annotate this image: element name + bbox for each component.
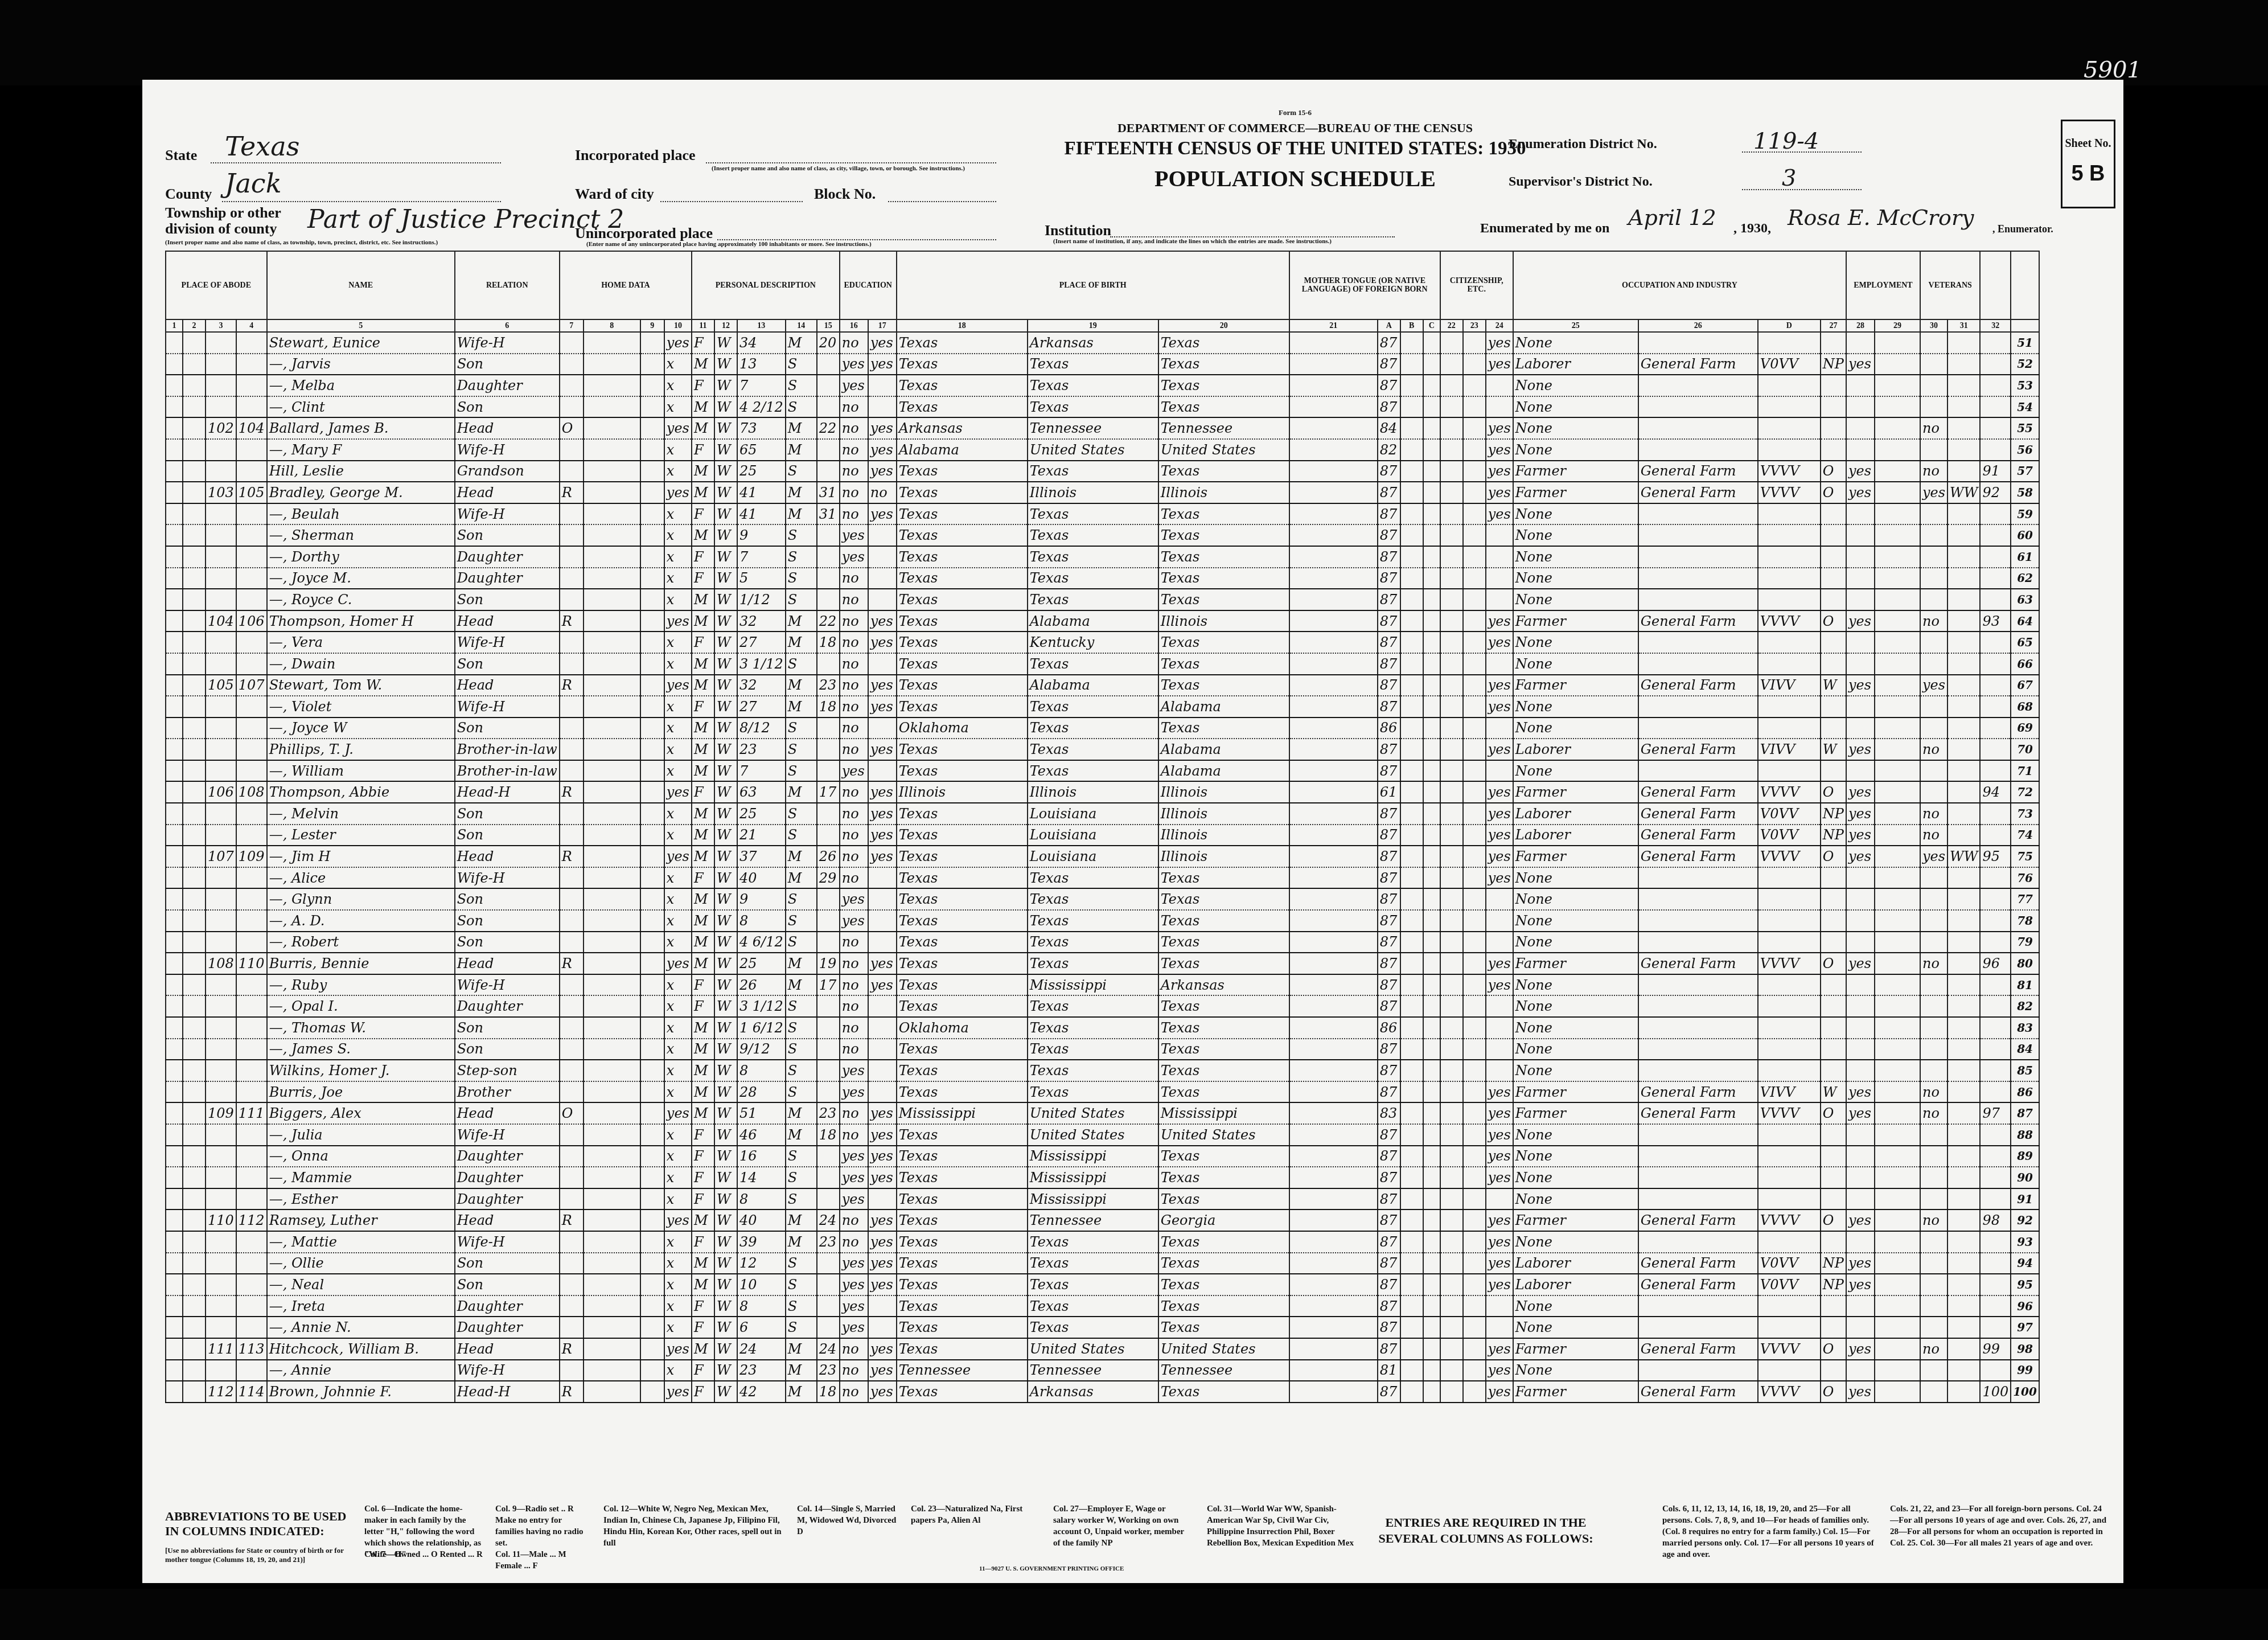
cell-code-a: 87: [1378, 953, 1400, 974]
cell-naturalization: [1463, 1209, 1486, 1231]
cell-code-a: 87: [1378, 1274, 1400, 1295]
cell-marital-status: S: [786, 1146, 817, 1167]
cell-race: W: [714, 589, 737, 610]
cell-class-of-worker: [1821, 1167, 1846, 1188]
cell-naturalization: [1463, 696, 1486, 717]
cell-home-value: [584, 354, 640, 375]
cell-farm-schedule: [1980, 696, 2011, 717]
cell-sex: M: [692, 675, 714, 696]
cell-age-first-marriage: [817, 1253, 840, 1274]
cell-code-c: [1423, 803, 1440, 825]
cell-dwelling-number: [206, 1360, 236, 1381]
cell-radio: [640, 1017, 664, 1039]
column-number-32: 32: [1980, 319, 2011, 332]
cell-read-write: yes: [868, 1360, 897, 1381]
cell-birthplace-father: Texas: [1028, 867, 1158, 889]
cell-read-write: no: [868, 482, 897, 503]
cell-farm-schedule: 95: [1980, 846, 2011, 867]
cell-farm: x: [664, 503, 692, 525]
cell-relation: Son: [455, 1017, 560, 1039]
cell-relation: Head-H: [455, 781, 560, 803]
cell-race: W: [714, 825, 737, 846]
cell-birthplace-father: Arkansas: [1028, 332, 1158, 354]
cell-dwelling-number: [206, 974, 236, 996]
cell-farm: x: [664, 995, 692, 1017]
cell-unemployment-line: [1875, 1102, 1920, 1124]
cell-code-c: [1423, 332, 1440, 354]
cell-farm-schedule: [1980, 632, 2011, 653]
cell-occupation: None: [1513, 653, 1638, 675]
cell-mother-tongue: [1289, 696, 1378, 717]
cell-farm: x: [664, 1317, 692, 1338]
abbrev-col9: Col. 9—Radio set .. R Make no entry for …: [495, 1503, 592, 1549]
cell-read-write: [868, 1039, 897, 1060]
cell-unemployment-line: [1875, 503, 1920, 525]
cell-class-of-worker: NP: [1821, 1253, 1846, 1274]
cell-speaks-english: [1486, 888, 1513, 910]
cell-relation: Step-son: [455, 1060, 560, 1081]
cell-code-a: 87: [1378, 589, 1400, 610]
cell-age: 1 6/12: [737, 1017, 786, 1039]
cell-code-c: [1423, 632, 1440, 653]
cell-name: —, Julia: [267, 1124, 455, 1146]
state-value: Texas: [225, 131, 299, 162]
cell-occupation-code: [1758, 1124, 1821, 1146]
cell-year-immigration: [1440, 1017, 1463, 1039]
cell-code-c: [1423, 995, 1440, 1017]
cell-farm-schedule: [1980, 932, 2011, 953]
cell-speaks-english: yes: [1486, 1167, 1513, 1188]
line-number: 90: [2011, 1167, 2039, 1188]
cell-birthplace-father: Texas: [1028, 396, 1158, 418]
cell-birthplace-mother: Alabama: [1158, 739, 1289, 760]
line-number: 63: [2011, 589, 2039, 610]
cell-naturalization: [1463, 439, 1486, 461]
cell-name: —, Opal I.: [267, 995, 455, 1017]
cell-birthplace-person: Texas: [897, 1209, 1028, 1231]
cell-farm-schedule: [1980, 332, 2011, 354]
cell-occupation: None: [1513, 867, 1638, 889]
cell-sex: F: [692, 1381, 714, 1403]
township-note: (Insert proper name and also name of cla…: [165, 239, 438, 246]
cell-dwelling-number: [206, 1167, 236, 1188]
cell-industry: [1638, 417, 1758, 439]
cell-radio: [640, 1231, 664, 1253]
cell-house-number: [183, 781, 206, 803]
table-row: —, IretaDaughterxFW8SyesTexasTexasTexas8…: [166, 1295, 2039, 1317]
cell-speaks-english: yes: [1486, 1081, 1513, 1103]
group-citizenship: CITIZENSHIP, ETC.: [1440, 251, 1513, 319]
table-row: 111113Hitchcock, William B.HeadRyesMW24M…: [166, 1338, 2039, 1360]
cell-naturalization: [1463, 1253, 1486, 1274]
cell-birthplace-father: Louisiana: [1028, 803, 1158, 825]
cell-war: [1947, 739, 1980, 760]
cell-age-first-marriage: [817, 717, 840, 739]
cell-name: Burris, Joe: [267, 1081, 455, 1103]
cell-attended-school: no: [840, 803, 868, 825]
cell-street: [166, 354, 183, 375]
cell-war: [1947, 717, 1980, 739]
cell-naturalization: [1463, 1338, 1486, 1360]
cell-name: —, Joyce W: [267, 717, 455, 739]
cell-unemployment-line: [1875, 781, 1920, 803]
cell-read-write: [868, 568, 897, 589]
cell-dwelling-number: [206, 653, 236, 675]
cell-mother-tongue: [1289, 1167, 1378, 1188]
cell-attended-school: no: [840, 332, 868, 354]
cell-attended-school: no: [840, 482, 868, 503]
cell-year-immigration: [1440, 867, 1463, 889]
cell-street: [166, 825, 183, 846]
county-label: County: [165, 186, 212, 203]
cell-race: W: [714, 888, 737, 910]
cell-farm-schedule: [1980, 1360, 2011, 1381]
cell-war: [1947, 1146, 1980, 1167]
cell-dwelling-number: 106: [206, 781, 236, 803]
cell-read-write: [868, 1060, 897, 1081]
cell-read-write: [868, 1317, 897, 1338]
cell-industry: [1638, 717, 1758, 739]
cell-house-number: [183, 974, 206, 996]
cell-code-c: [1423, 1274, 1440, 1295]
cell-dwelling-number: [206, 760, 236, 782]
cell-code-b: [1400, 675, 1423, 696]
table-row: —, DorthyDaughterxFW7SyesTexasTexasTexas…: [166, 546, 2039, 568]
cell-veteran: [1920, 1146, 1947, 1167]
cell-at-work: [1846, 888, 1875, 910]
incorporated-label: Incorporated place: [575, 147, 696, 164]
cell-code-c: [1423, 1209, 1440, 1231]
cell-birthplace-mother: Texas: [1158, 503, 1289, 525]
cell-naturalization: [1463, 1039, 1486, 1060]
cell-farm-schedule: 92: [1980, 482, 2011, 503]
cell-class-of-worker: O: [1821, 610, 1846, 632]
cell-home-value: [584, 739, 640, 760]
cell-dwelling-number: 102: [206, 417, 236, 439]
cell-read-write: yes: [868, 354, 897, 375]
cell-farm-schedule: [1980, 974, 2011, 996]
cell-naturalization: [1463, 503, 1486, 525]
cell-farm: yes: [664, 417, 692, 439]
cell-year-immigration: [1440, 1317, 1463, 1338]
cell-birthplace-mother: Texas: [1158, 354, 1289, 375]
cell-age: 6: [737, 1317, 786, 1338]
cell-industry: General Farm: [1638, 610, 1758, 632]
cell-read-write: yes: [868, 503, 897, 525]
ed-value: 119-4: [1753, 128, 1819, 154]
cell-code-b: [1400, 1146, 1423, 1167]
cell-home-owned: [560, 1039, 584, 1060]
cell-birthplace-father: United States: [1028, 1124, 1158, 1146]
cell-age: 23: [737, 739, 786, 760]
cell-race: W: [714, 568, 737, 589]
cell-birthplace-father: Texas: [1028, 1017, 1158, 1039]
cell-class-of-worker: [1821, 867, 1846, 889]
cell-age-first-marriage: [817, 1317, 840, 1338]
cell-occupation: Laborer: [1513, 739, 1638, 760]
printer-mark: 11—9027 U. S. GOVERNMENT PRINTING OFFICE: [979, 1563, 1124, 1575]
cell-code-a: 87: [1378, 867, 1400, 889]
cell-mother-tongue: [1289, 417, 1378, 439]
cell-war: [1947, 1081, 1980, 1103]
cell-age: 3 1/12: [737, 995, 786, 1017]
cell-mother-tongue: [1289, 825, 1378, 846]
cell-home-value: [584, 910, 640, 932]
cell-birthplace-person: Texas: [897, 825, 1028, 846]
cell-birthplace-person: Texas: [897, 696, 1028, 717]
cell-name: —, Mattie: [267, 1231, 455, 1253]
cell-age: 13: [737, 354, 786, 375]
cell-radio: [640, 1188, 664, 1210]
cell-farm: x: [664, 653, 692, 675]
group-mother-tongue: MOTHER TONGUE (OR NATIVE LANGUAGE) OF FO…: [1289, 251, 1440, 319]
cell-home-value: [584, 1060, 640, 1081]
cell-veteran: [1920, 439, 1947, 461]
cell-farm-schedule: [1980, 825, 2011, 846]
line-number: 66: [2011, 653, 2039, 675]
cell-dwelling-number: [206, 932, 236, 953]
cell-birthplace-person: Texas: [897, 1124, 1028, 1146]
cell-birthplace-father: Texas: [1028, 717, 1158, 739]
cell-occupation-code: [1758, 524, 1821, 546]
cell-farm-schedule: [1980, 803, 2011, 825]
cell-speaks-english: [1486, 1317, 1513, 1338]
cell-code-b: [1400, 953, 1423, 974]
cell-race: W: [714, 803, 737, 825]
cell-naturalization: [1463, 995, 1486, 1017]
cell-code-a: 87: [1378, 1295, 1400, 1317]
cell-unemployment-line: [1875, 439, 1920, 461]
ward-label: Ward of city: [575, 186, 654, 203]
cell-name: —, Annie: [267, 1360, 455, 1381]
cell-birthplace-mother: Tennessee: [1158, 1360, 1289, 1381]
cell-code-c: [1423, 1081, 1440, 1103]
cell-at-work: [1846, 589, 1875, 610]
cell-naturalization: [1463, 653, 1486, 675]
cell-read-write: yes: [868, 696, 897, 717]
cell-age: 28: [737, 1081, 786, 1103]
column-number-C: C: [1423, 319, 1440, 332]
cell-war: [1947, 1188, 1980, 1210]
cell-radio: [640, 482, 664, 503]
sheet-label: Sheet No.: [2062, 137, 2114, 150]
line-number: 82: [2011, 995, 2039, 1017]
cell-attended-school: yes: [840, 1317, 868, 1338]
cell-speaks-english: yes: [1486, 482, 1513, 503]
cell-war: [1947, 1295, 1980, 1317]
cell-occupation-code: [1758, 717, 1821, 739]
cell-street: [166, 1274, 183, 1295]
cell-age-first-marriage: [817, 354, 840, 375]
cell-code-c: [1423, 1231, 1440, 1253]
cell-home-value: [584, 546, 640, 568]
cell-industry: [1638, 1188, 1758, 1210]
cell-birthplace-person: Texas: [897, 354, 1028, 375]
cell-age: 46: [737, 1124, 786, 1146]
line-number: 73: [2011, 803, 2039, 825]
cell-age-first-marriage: 20: [817, 332, 840, 354]
cell-sex: M: [692, 1338, 714, 1360]
cell-home-owned: [560, 1167, 584, 1188]
cell-veteran: no: [1920, 739, 1947, 760]
cell-family-number: [236, 696, 267, 717]
cell-occupation-code: [1758, 760, 1821, 782]
cell-relation: Grandson: [455, 461, 560, 482]
cell-code-c: [1423, 1317, 1440, 1338]
cell-dwelling-number: 108: [206, 953, 236, 974]
column-number-28: 28: [1846, 319, 1875, 332]
cell-farm-schedule: [1980, 910, 2011, 932]
cell-at-work: [1846, 1360, 1875, 1381]
cell-street: [166, 1360, 183, 1381]
cell-attended-school: yes: [840, 1081, 868, 1103]
cell-marital-status: M: [786, 1209, 817, 1231]
cell-at-work: [1846, 417, 1875, 439]
cell-veteran: no: [1920, 825, 1947, 846]
table-row: —, Mary FWife-HxFW65MnoyesAlabamaUnited …: [166, 439, 2039, 461]
cell-home-owned: [560, 653, 584, 675]
cell-birthplace-mother: Texas: [1158, 568, 1289, 589]
cell-mother-tongue: [1289, 803, 1378, 825]
cell-occupation-code: [1758, 546, 1821, 568]
cell-occupation-code: [1758, 375, 1821, 396]
cell-birthplace-person: Texas: [897, 1381, 1028, 1403]
cell-birthplace-father: Texas: [1028, 760, 1158, 782]
cell-year-immigration: [1440, 546, 1463, 568]
cell-industry: [1638, 696, 1758, 717]
cell-unemployment-line: [1875, 1146, 1920, 1167]
cell-veteran: [1920, 653, 1947, 675]
cell-marital-status: M: [786, 610, 817, 632]
cell-year-immigration: [1440, 696, 1463, 717]
cell-unemployment-line: [1875, 1017, 1920, 1039]
cell-farm-schedule: [1980, 1060, 2011, 1081]
cell-relation: Son: [455, 589, 560, 610]
cell-birthplace-mother: Tennessee: [1158, 417, 1289, 439]
cell-relation: Brother: [455, 1081, 560, 1103]
cell-marital-status: M: [786, 503, 817, 525]
cell-age-first-marriage: [817, 1274, 840, 1295]
cell-family-number: [236, 760, 267, 782]
abbrev-col31: Col. 31—World War WW, Spanish-American W…: [1207, 1503, 1355, 1549]
cell-code-c: [1423, 375, 1440, 396]
cell-occupation-code: V0VV: [1758, 1253, 1821, 1274]
cell-age: 32: [737, 610, 786, 632]
cell-relation: Head: [455, 675, 560, 696]
cell-class-of-worker: O: [1821, 1338, 1846, 1360]
cell-farm-schedule: 91: [1980, 461, 2011, 482]
table-row: —, MelbaDaughterxFW7SyesTexasTexasTexas8…: [166, 375, 2039, 396]
cell-home-owned: [560, 995, 584, 1017]
cell-home-owned: R: [560, 1381, 584, 1403]
abbrev-col12: Col. 12—White W, Negro Neg, Mexican Mex,…: [603, 1503, 786, 1549]
cell-attended-school: yes: [840, 1253, 868, 1274]
cell-at-work: [1846, 1231, 1875, 1253]
cell-marital-status: M: [786, 1360, 817, 1381]
cell-unemployment-line: [1875, 1039, 1920, 1060]
cell-street: [166, 503, 183, 525]
cell-occupation-code: [1758, 932, 1821, 953]
cell-birthplace-mother: Arkansas: [1158, 974, 1289, 996]
cell-home-value: [584, 439, 640, 461]
cell-industry: [1638, 1124, 1758, 1146]
cell-age: 21: [737, 825, 786, 846]
cell-marital-status: S: [786, 568, 817, 589]
table-row: 108110Burris, BennieHeadRyesMW25M19noyes…: [166, 953, 2039, 974]
cell-unemployment-line: [1875, 696, 1920, 717]
cell-race: W: [714, 1146, 737, 1167]
line-number: 92: [2011, 1209, 2039, 1231]
cell-mother-tongue: [1289, 375, 1378, 396]
cell-code-b: [1400, 825, 1423, 846]
cell-attended-school: no: [840, 632, 868, 653]
cell-sex: F: [692, 995, 714, 1017]
cell-relation: Daughter: [455, 1295, 560, 1317]
cell-class-of-worker: [1821, 696, 1846, 717]
cell-mother-tongue: [1289, 524, 1378, 546]
cell-race: W: [714, 503, 737, 525]
cell-industry: [1638, 375, 1758, 396]
cell-relation: Wife-H: [455, 503, 560, 525]
cell-farm: x: [664, 354, 692, 375]
cell-year-immigration: [1440, 1060, 1463, 1081]
cell-speaks-english: [1486, 589, 1513, 610]
cell-unemployment-line: [1875, 332, 1920, 354]
cell-dwelling-number: 112: [206, 1381, 236, 1403]
cell-age: 5: [737, 568, 786, 589]
cell-age: 41: [737, 482, 786, 503]
cell-at-work: yes: [1846, 1081, 1875, 1103]
cell-home-value: [584, 760, 640, 782]
cell-war: [1947, 503, 1980, 525]
cell-radio: [640, 1381, 664, 1403]
cell-unemployment-line: [1875, 546, 1920, 568]
cell-age-first-marriage: [817, 803, 840, 825]
cell-birthplace-mother: Texas: [1158, 653, 1289, 675]
cell-unemployment-line: [1875, 1231, 1920, 1253]
cell-farm-schedule: [1980, 1167, 2011, 1188]
cell-home-value: [584, 1360, 640, 1381]
census-title: FIFTEENTH CENSUS OF THE UNITED STATES: 1…: [996, 138, 1594, 159]
line-number: 83: [2011, 1017, 2039, 1039]
column-number-19: 19: [1028, 319, 1158, 332]
cell-relation: Daughter: [455, 375, 560, 396]
cell-farm-schedule: [1980, 1081, 2011, 1103]
cell-birthplace-person: Texas: [897, 888, 1028, 910]
cell-birthplace-mother: Texas: [1158, 888, 1289, 910]
cell-family-number: [236, 1146, 267, 1167]
cell-code-a: 87: [1378, 1253, 1400, 1274]
cell-occupation: Farmer: [1513, 1102, 1638, 1124]
cell-veteran: no: [1920, 461, 1947, 482]
cell-veteran: [1920, 354, 1947, 375]
table-row: —, JarvisSonxMW13SyesyesTexasTexasTexas8…: [166, 354, 2039, 375]
cell-age: 32: [737, 675, 786, 696]
cell-farm: x: [664, 1060, 692, 1081]
cell-birthplace-mother: Illinois: [1158, 825, 1289, 846]
group-name: NAME: [267, 251, 455, 319]
cell-naturalization: [1463, 974, 1486, 996]
cell-age: 9: [737, 524, 786, 546]
cell-industry: General Farm: [1638, 675, 1758, 696]
cell-industry: General Farm: [1638, 781, 1758, 803]
cell-farm: x: [664, 739, 692, 760]
cell-name: —, Mammie: [267, 1167, 455, 1188]
column-number-20: 20: [1158, 319, 1289, 332]
cell-occupation: None: [1513, 568, 1638, 589]
cell-code-b: [1400, 1081, 1423, 1103]
table-row: 105107Stewart, Tom W.HeadRyesMW32M23noye…: [166, 675, 2039, 696]
